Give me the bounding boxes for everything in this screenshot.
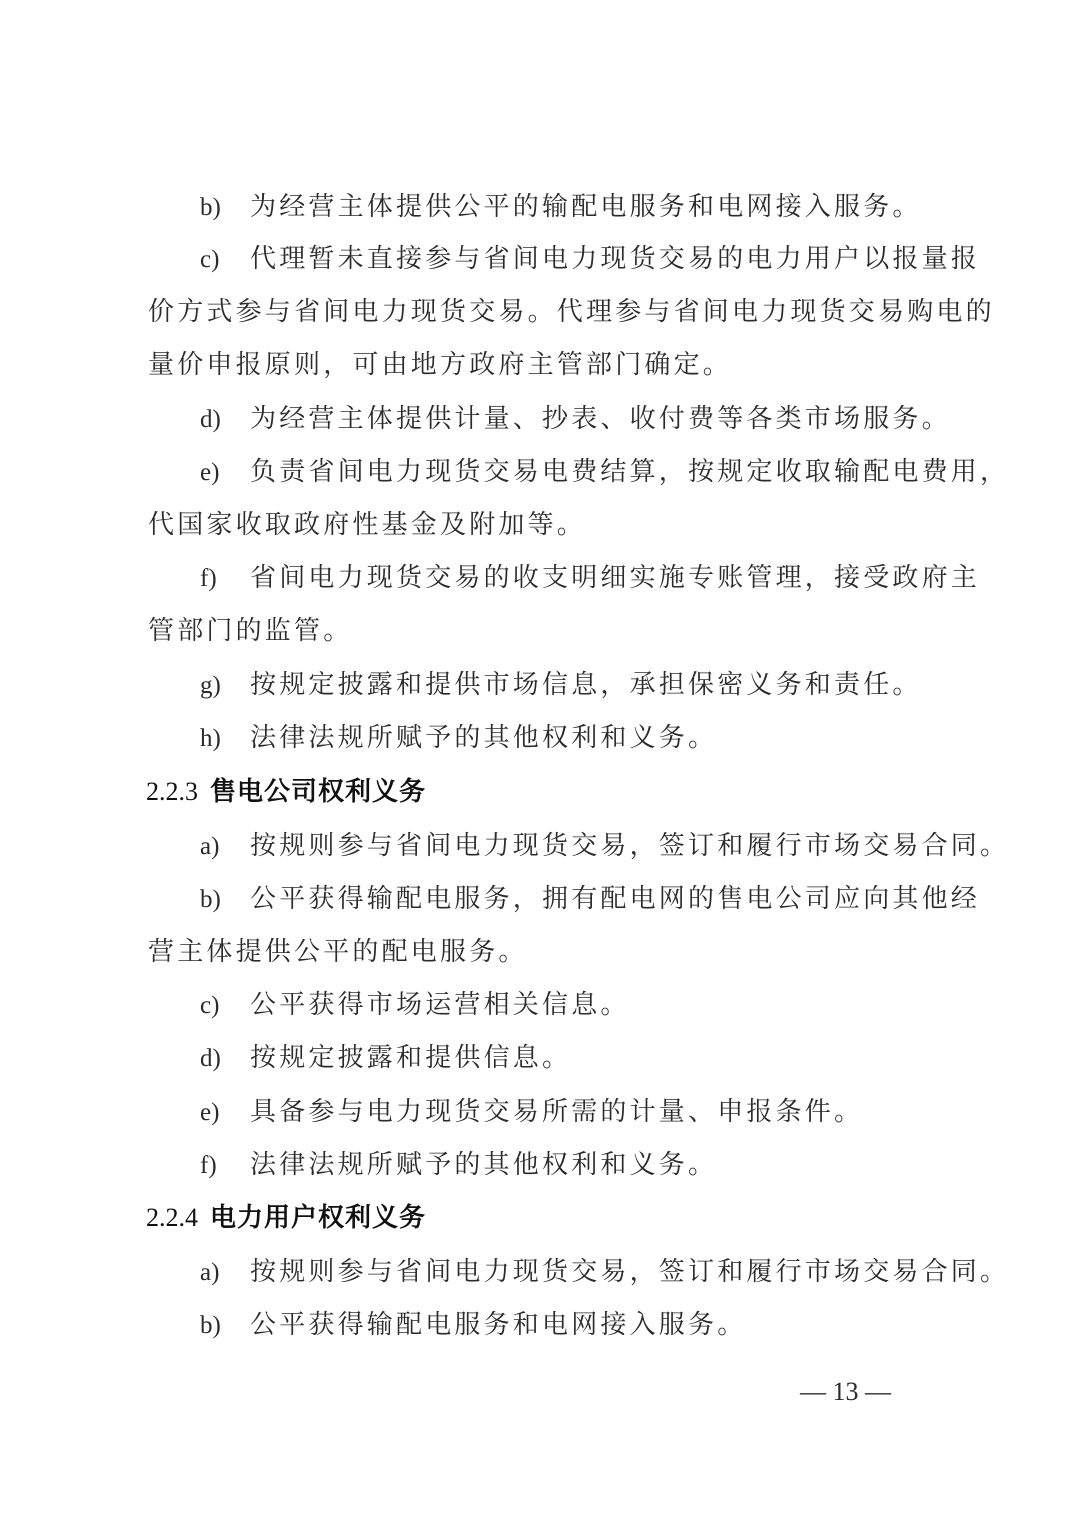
list-item-c: c)公平获得市场运营相关信息。 bbox=[200, 989, 1000, 1022]
item-marker: f) bbox=[200, 563, 250, 595]
section-title: 售电公司权利义务 bbox=[210, 777, 426, 807]
item-marker: c) bbox=[200, 990, 250, 1022]
item-marker: e) bbox=[200, 1097, 250, 1129]
list-item-b-continuation: 营主体提供公平的配电服务。 bbox=[148, 936, 948, 968]
list-item-g: g)按规定披露和提供市场信息，承担保密义务和责任。 bbox=[200, 669, 1000, 702]
list-item-d: d)按规定披露和提供信息。 bbox=[200, 1042, 1000, 1075]
item-text: 为经营主体提供计量、抄表、收付费等各类市场服务。 bbox=[250, 404, 951, 434]
item-marker: h) bbox=[200, 723, 250, 755]
item-marker: c) bbox=[200, 244, 250, 276]
list-item-f: f)省间电力现货交易的收支明细实施专账管理，接受政府主 bbox=[200, 562, 1000, 595]
list-item-c-continuation: 量价申报原则，可由地方政府主管部门确定。 bbox=[148, 349, 948, 381]
item-marker: f) bbox=[200, 1150, 250, 1182]
item-marker: b) bbox=[200, 1310, 250, 1342]
page-number: — 13 — bbox=[800, 1376, 891, 1408]
item-text: 按规定披露和提供市场信息，承担保密义务和责任。 bbox=[250, 670, 922, 700]
list-item-h: h)法律法规所赋予的其他权利和义务。 bbox=[200, 722, 1000, 755]
section-number: 2.2.3 bbox=[146, 777, 198, 806]
item-marker: d) bbox=[200, 1043, 250, 1075]
item-text: 法律法规所赋予的其他权利和义务。 bbox=[250, 723, 717, 753]
section-title: 电力用户权利义务 bbox=[210, 1203, 426, 1233]
list-item-e: e)具备参与电力现货交易所需的计量、申报条件。 bbox=[200, 1096, 1000, 1129]
item-text: 公平获得输配电服务和电网接入服务。 bbox=[250, 1310, 746, 1340]
item-text: 按规则参与省间电力现货交易，签订和履行市场交易合同。 bbox=[250, 831, 1009, 861]
item-marker: d) bbox=[200, 404, 250, 436]
item-text: 按规则参与省间电力现货交易，签订和履行市场交易合同。 bbox=[250, 1257, 1009, 1287]
list-item-e-continuation: 代国家收取政府性基金及附加等。 bbox=[148, 509, 948, 541]
item-marker: g) bbox=[200, 670, 250, 702]
item-text: 代理暂未直接参与省间电力现货交易的电力用户以报量报 bbox=[250, 244, 980, 274]
list-item-e: e)负责省间电力现货交易电费结算，按规定收取输配电费用， bbox=[200, 456, 1000, 489]
item-text: 省间电力现货交易的收支明细实施专账管理，接受政府主 bbox=[250, 563, 980, 593]
list-item-d: d)为经营主体提供计量、抄表、收付费等各类市场服务。 bbox=[200, 403, 1000, 436]
list-item-b: b)公平获得输配电服务和电网接入服务。 bbox=[200, 1309, 1000, 1342]
item-text: 具备参与电力现货交易所需的计量、申报条件。 bbox=[250, 1097, 863, 1127]
list-item-b: b)为经营主体提供公平的输配电服务和电网接入服务。 bbox=[200, 191, 1000, 224]
list-item-f-continuation: 管部门的监管。 bbox=[148, 615, 948, 647]
list-item-c-continuation: 价方式参与省间电力现货交易。代理参与省间电力现货交易购电的 bbox=[148, 296, 948, 328]
section-heading-2-2-3: 2.2.3售电公司权利义务 bbox=[146, 776, 946, 808]
item-marker: e) bbox=[200, 457, 250, 489]
item-marker: b) bbox=[200, 192, 250, 224]
item-marker: b) bbox=[200, 884, 250, 916]
item-text: 公平获得输配电服务，拥有配电网的售电公司应向其他经 bbox=[250, 884, 980, 914]
item-text: 负责省间电力现货交易电费结算，按规定收取输配电费用， bbox=[250, 457, 1009, 487]
list-item-f: f)法律法规所赋予的其他权利和义务。 bbox=[200, 1149, 1000, 1182]
item-text: 法律法规所赋予的其他权利和义务。 bbox=[250, 1150, 717, 1180]
list-item-b: b)公平获得输配电服务，拥有配电网的售电公司应向其他经 bbox=[200, 883, 1000, 916]
item-text: 按规定披露和提供信息。 bbox=[250, 1043, 571, 1073]
list-item-c: c)代理暂未直接参与省间电力现货交易的电力用户以报量报 bbox=[200, 243, 1000, 276]
section-heading-2-2-4: 2.2.4电力用户权利义务 bbox=[146, 1202, 946, 1234]
item-marker: a) bbox=[200, 831, 250, 863]
item-text: 公平获得市场运营相关信息。 bbox=[250, 990, 630, 1020]
list-item-a: a)按规则参与省间电力现货交易，签订和履行市场交易合同。 bbox=[200, 830, 1000, 863]
item-text: 为经营主体提供公平的输配电服务和电网接入服务。 bbox=[250, 192, 922, 222]
section-number: 2.2.4 bbox=[146, 1203, 198, 1232]
list-item-a: a)按规则参与省间电力现货交易，签订和履行市场交易合同。 bbox=[200, 1256, 1000, 1289]
item-marker: a) bbox=[200, 1257, 250, 1289]
document-page: b)为经营主体提供公平的输配电服务和电网接入服务。 c)代理暂未直接参与省间电力… bbox=[0, 0, 1080, 1527]
